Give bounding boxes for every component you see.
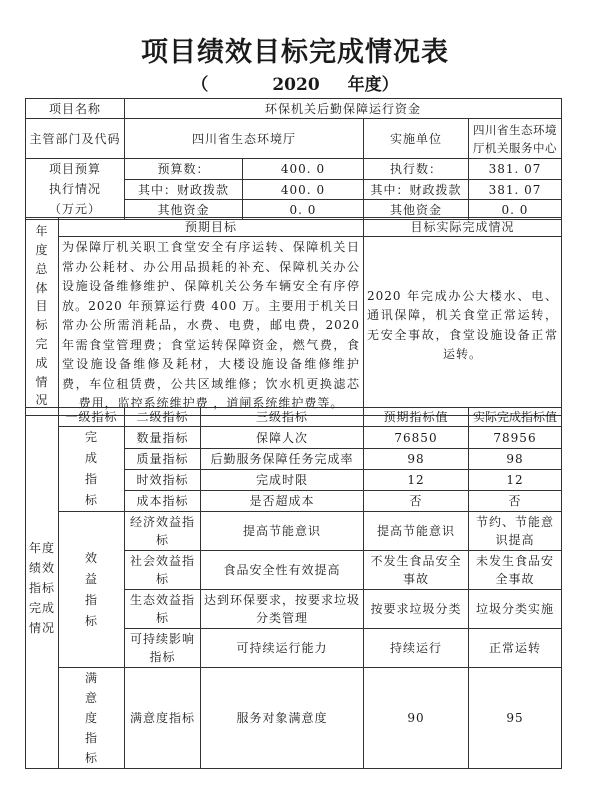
dept-label: 主管部门及代码 — [26, 119, 125, 159]
plan-value: 400. 0 — [243, 159, 364, 180]
budget-label-line: 执行情况 — [28, 179, 122, 199]
side-char: 成 — [28, 354, 56, 373]
header-level3: 三级指标 — [201, 408, 364, 427]
actual-cell: 未发生食品安全事故 — [469, 551, 562, 590]
level3-cell: 食品安全性有效提高 — [201, 551, 364, 590]
impl-value: 四川省生态环境厅机关服务中心 — [469, 119, 562, 159]
expected-cell: 持续运行 — [364, 629, 469, 668]
header-level1: 一级指标 — [59, 408, 125, 427]
exec-label: 执行数： — [364, 159, 469, 180]
level3-cell: 达到环保要求，按要求垃圾分类管理 — [201, 590, 364, 629]
actual-cell: 节约、节能意识提高 — [469, 512, 562, 551]
level1-satisfaction: 满意度指标 — [59, 668, 125, 769]
level2-cell: 经济效益指标 — [125, 512, 201, 551]
expected-cell: 提高节能意识 — [364, 512, 469, 551]
side-char: 体 — [28, 279, 56, 298]
side-char: 情 — [28, 373, 56, 392]
level2-cell: 满意度指标 — [125, 668, 201, 769]
level1-benefit: 效益指标 — [59, 512, 125, 668]
level3-cell: 是否超成本 — [201, 491, 364, 512]
side-char: 年 — [28, 222, 56, 241]
expected-cell: 98 — [364, 449, 469, 470]
budget-label-line: （万元） — [28, 199, 122, 219]
side-char: 度 — [28, 241, 56, 260]
level2-cell: 数量指标 — [125, 427, 201, 449]
expected-cell: 12 — [364, 470, 469, 491]
level3-cell: 后勤服务保障任务完成率 — [201, 449, 364, 470]
subtitle-year: 2020 — [272, 75, 319, 95]
budget-section-label: 项目预算 执行情况 （万元） — [26, 159, 125, 220]
dept-value: 四川省生态环境厅 — [125, 119, 364, 159]
level2-cell: 社会效益指标 — [125, 551, 201, 590]
level2-cell: 可持续影响指标 — [125, 629, 201, 668]
annual-goal-side-label: 年 度 总 体 目 标 完 成 情 况 — [26, 218, 59, 416]
actual-cell: 否 — [469, 491, 562, 512]
page-title: 项目绩效目标完成情况表 — [0, 30, 590, 69]
level3-cell: 完成时限 — [201, 470, 364, 491]
subtitle-close: 年度） — [348, 70, 399, 95]
budget-label-line: 项目预算 — [28, 159, 122, 179]
expected-cell: 90 — [364, 668, 469, 769]
subtitle-open: （ — [191, 70, 208, 95]
expected-goal-header: 预期目标 — [59, 218, 364, 237]
level3-cell: 保障人次 — [201, 427, 364, 449]
actual-goal-text: 2020 年完成办公大楼水、电、通讯保障，机关食堂正常运转，无安全事故，食堂设施… — [364, 237, 562, 416]
plan-label: 其中：财政拨款 — [125, 179, 243, 200]
actual-cell: 正常运转 — [469, 629, 562, 668]
exec-value: 381. 07 — [469, 159, 562, 180]
exec-value: 381. 07 — [469, 179, 562, 200]
indicators-side-label: 年度绩效指标完成情况 — [26, 408, 59, 769]
level2-cell: 成本指标 — [125, 491, 201, 512]
actual-cell: 98 — [469, 449, 562, 470]
side-char: 目 — [28, 297, 56, 316]
actual-cell: 12 — [469, 470, 562, 491]
level2-cell: 生态效益指标 — [125, 590, 201, 629]
header-level2: 二级指标 — [125, 408, 201, 427]
expected-cell: 76850 — [364, 427, 469, 449]
level3-cell: 提高节能意识 — [201, 512, 364, 551]
impl-label: 实施单位 — [364, 119, 469, 159]
expected-goal-text: 为保障厅机关职工食堂安全有序运转、保障机关日常办公耗材、办公用品损耗的补充、保障… — [59, 237, 364, 416]
actual-cell: 垃圾分类实施 — [469, 590, 562, 629]
level2-cell: 质量指标 — [125, 449, 201, 470]
level1-completion: 完成指标 — [59, 427, 125, 512]
expected-cell: 否 — [364, 491, 469, 512]
side-char: 标 — [28, 316, 56, 335]
side-char: 总 — [28, 260, 56, 279]
page-subtitle: （ 2020 年度） — [0, 70, 590, 95]
annual-goal-table: 年 度 总 体 目 标 完 成 情 况 预期目标 目标实际完成情况 为保障厅机关… — [25, 217, 562, 416]
project-name-value: 环保机关后勤保障运行资金 — [125, 99, 562, 119]
indicators-table: 年度绩效指标完成情况 一级指标 二级指标 三级指标 预期指标值 实际完成指标值 … — [25, 407, 562, 769]
project-name-label: 项目名称 — [26, 99, 125, 119]
plan-value: 400. 0 — [243, 179, 364, 200]
actual-cell: 95 — [469, 668, 562, 769]
level3-cell: 可持续运行能力 — [201, 629, 364, 668]
level2-cell: 时效指标 — [125, 470, 201, 491]
actual-cell: 78956 — [469, 427, 562, 449]
header-expected: 预期指标值 — [364, 408, 469, 427]
expected-cell: 按要求垃圾分类 — [364, 590, 469, 629]
actual-goal-header: 目标实际完成情况 — [364, 218, 562, 237]
exec-label: 其中：财政拨款 — [364, 179, 469, 200]
header-actual: 实际完成指标值 — [469, 408, 562, 427]
side-char: 完 — [28, 335, 56, 354]
level3-cell: 服务对象满意度 — [201, 668, 364, 769]
expected-cell: 不发生食品安全事故 — [364, 551, 469, 590]
project-info-table: 项目名称 环保机关后勤保障运行资金 主管部门及代码 四川省生态环境厅 实施单位 … — [25, 98, 562, 220]
plan-label: 预算数： — [125, 159, 243, 180]
